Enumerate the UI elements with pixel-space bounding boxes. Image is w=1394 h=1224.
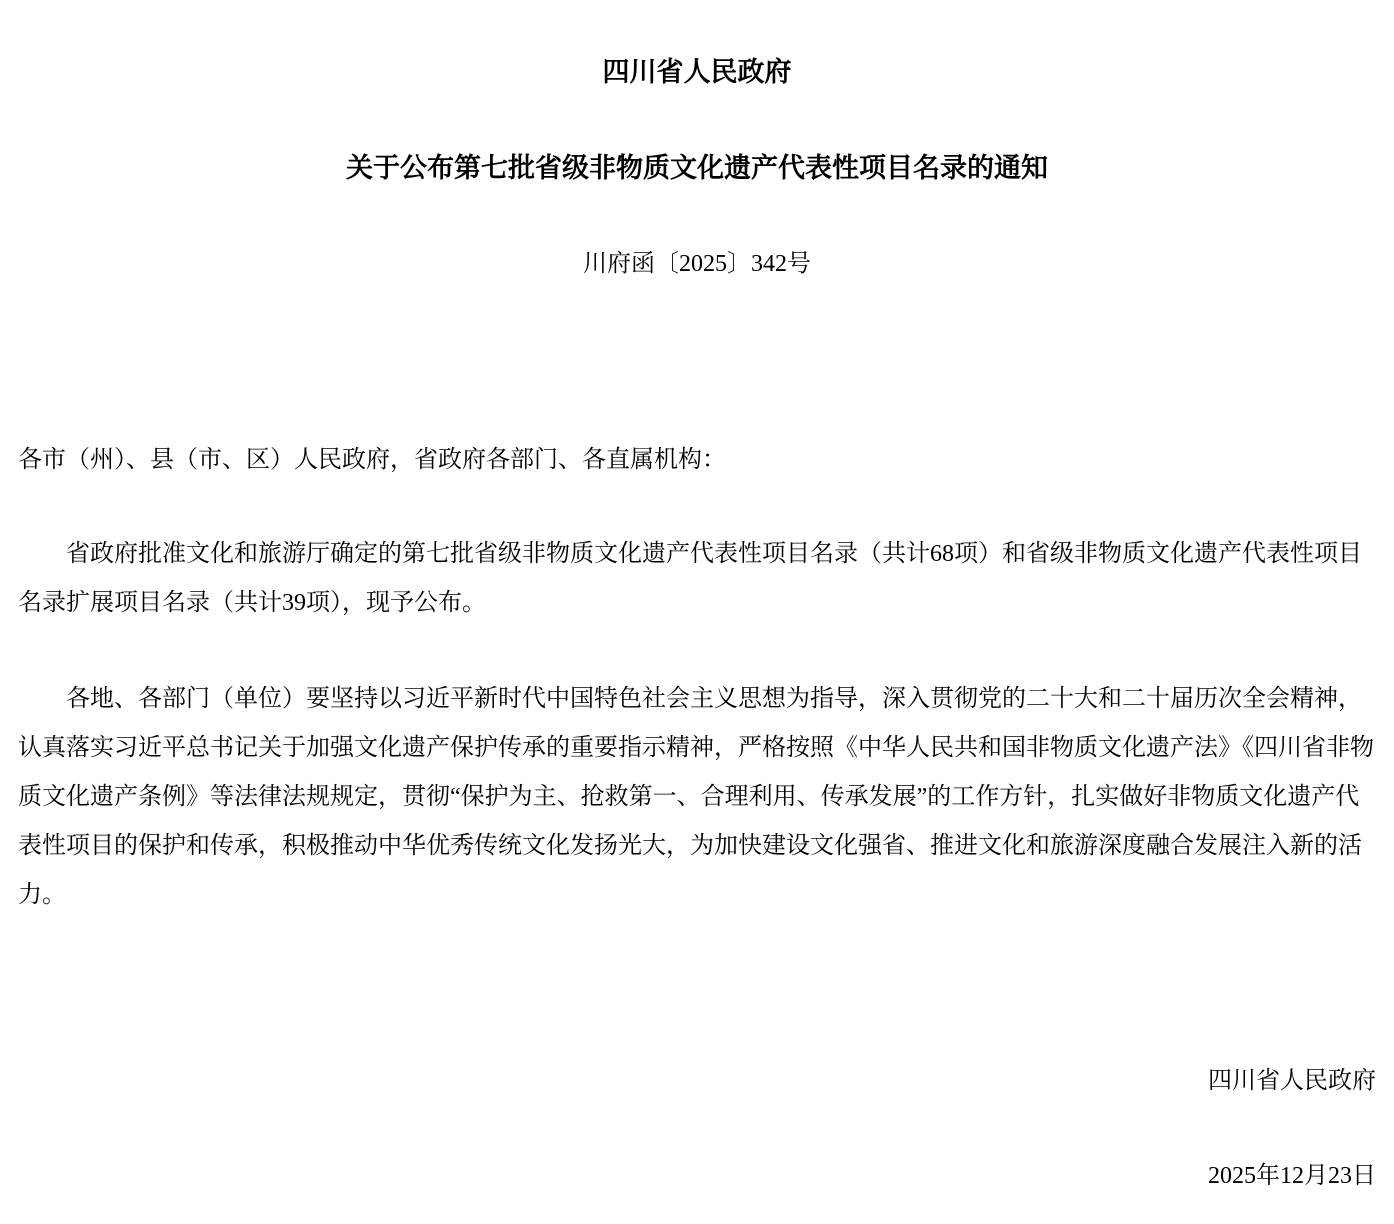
document-title: 关于公布第七批省级非物质文化遗产代表性项目名录的通知 <box>18 144 1376 193</box>
body-paragraph-announcement: 省政府批准文化和旅游厅确定的第七批省级非物质文化遗产代表性项目名录（共计68项）… <box>18 530 1376 628</box>
document-page: 四川省人民政府 关于公布第七批省级非物质文化遗产代表性项目名录的通知 川府函〔2… <box>0 0 1394 1224</box>
body-paragraph-requirements: 各地、各部门（单位）要坚持以习近平新时代中国特色社会主义思想为指导，深入贯彻党的… <box>18 675 1376 920</box>
issuer-title: 四川省人民政府 <box>18 48 1376 97</box>
signature: 四川省人民政府 <box>18 1057 1376 1106</box>
document-number: 川府函〔2025〕342号 <box>18 240 1376 289</box>
salutation: 各市（州）、县（市、区）人民政府，省政府各部门、各直属机构： <box>18 436 1376 485</box>
document-date: 2025年12月23日 <box>18 1152 1376 1201</box>
